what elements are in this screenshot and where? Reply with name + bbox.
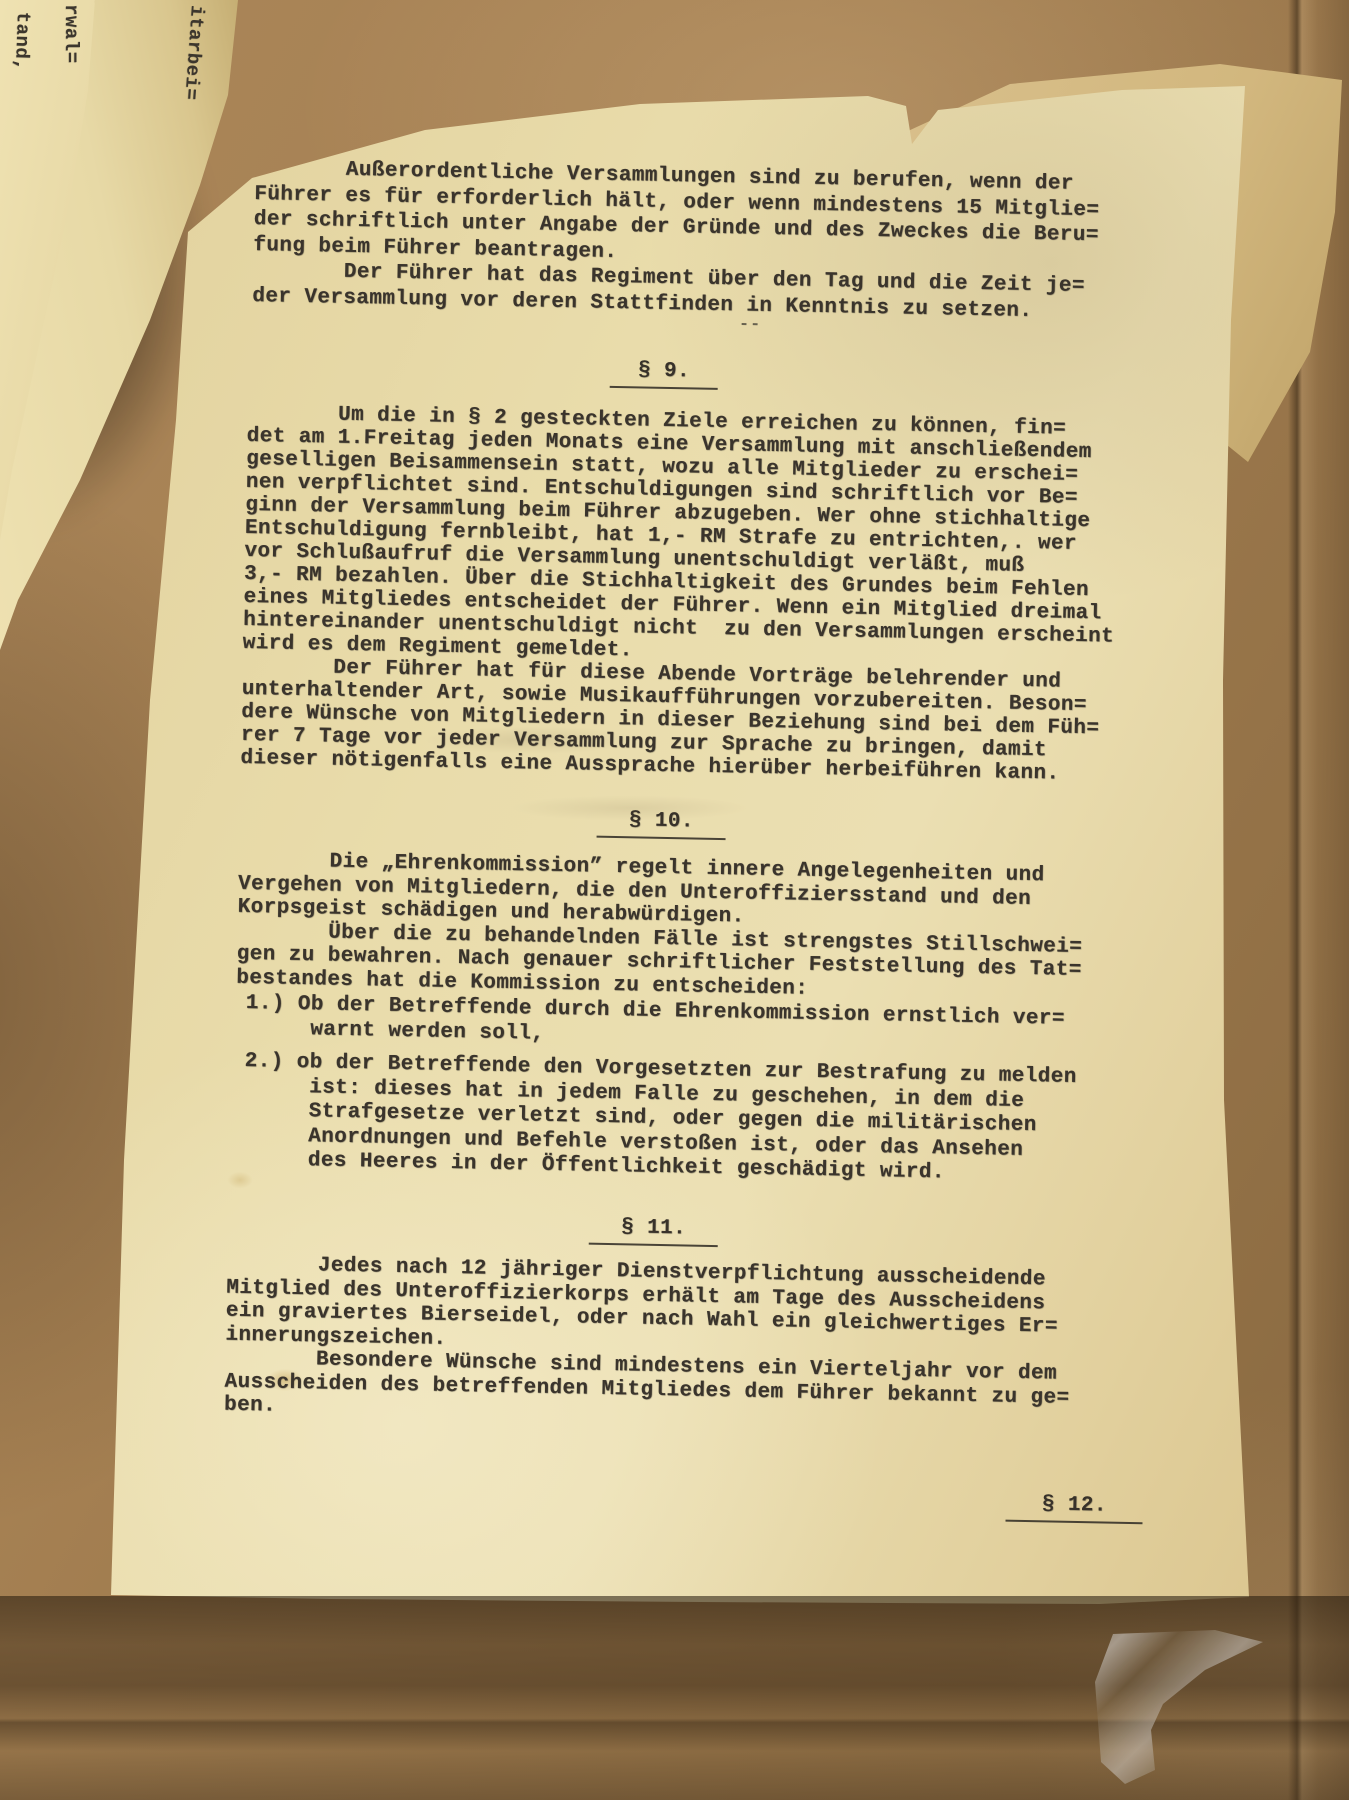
document-page: Außerordentliche Versammlungen sind zu b… [100, 80, 1260, 1608]
section-heading: § 9. [610, 359, 719, 390]
typed-line: ben. [224, 1394, 276, 1418]
typed-fragment: rwal= [60, 4, 82, 64]
section-heading: § 10. [597, 809, 727, 841]
page-mark: -- [739, 315, 762, 334]
section-heading: § 11. [589, 1216, 719, 1248]
typewritten-text: Außerordentliche Versammlungen sind zu b… [72, 77, 1261, 1627]
photo-scene: Außerordentliche Versammlungen sind zu b… [0, 0, 1349, 1800]
typed-fragment: itarbei= [179, 4, 208, 101]
section-heading: § 12. [1005, 1493, 1143, 1525]
typed-fragment: tand, [10, 11, 34, 71]
typed-line: warnt werden soll, [245, 1016, 544, 1045]
